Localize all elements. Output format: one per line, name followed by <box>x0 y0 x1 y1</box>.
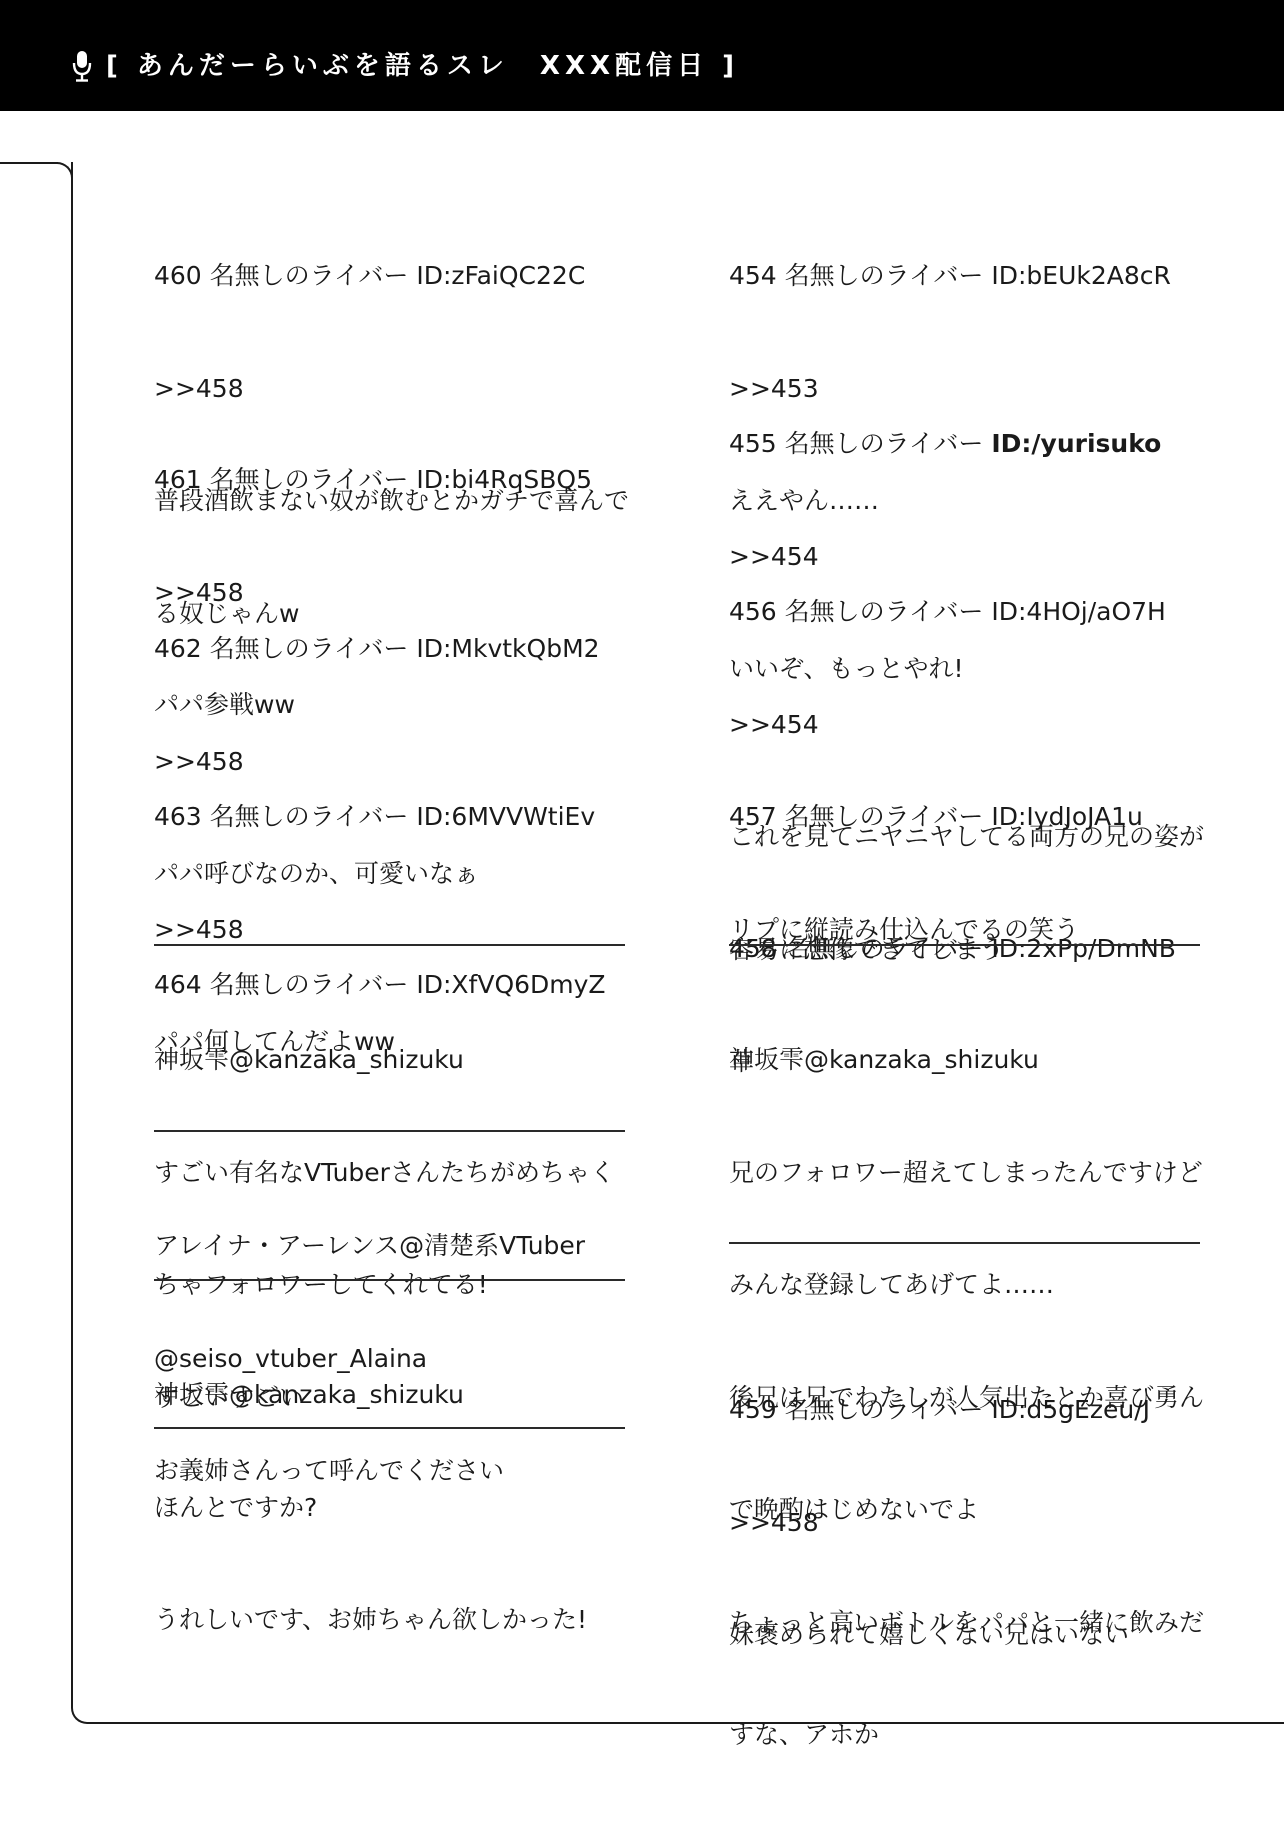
post-header: 460 名無しのライバー ID:zFaiQC22C <box>154 257 629 295</box>
tweet-body-line: うれしいです、お姉ちゃん欲しかった! <box>154 1601 587 1639</box>
tweet-divider <box>154 1130 625 1132</box>
post-header: 462 名無しのライバー ID:MkvtkQbM2 <box>154 630 600 668</box>
post-body-line: 妹褒められて嬉しくない兄はいない <box>729 1616 1150 1654</box>
tweet-kanzaka-2: 神坂雫@kanzaka_shizuku ほんとですか? うれしいです、お姉ちゃん… <box>154 1301 587 1676</box>
post-header: 457 名無しのライバー ID:IydJoJA1u <box>729 798 1143 836</box>
tweet-divider <box>154 1279 625 1281</box>
post-459: 459 名無しのライバー ID:d5gEzeu/J >>458 妹褒められて嬉し… <box>729 1316 1150 1691</box>
tweet-body-line: ほんとですか? <box>154 1489 587 1527</box>
post-header: 458 名無しのライバー ID:2xPp/DmNB <box>729 930 1176 968</box>
tweet-author: 神坂雫@kanzaka_shizuku <box>154 1041 615 1079</box>
post-header: 461 名無しのライバー ID:bi4RqSBQ5 <box>154 461 592 499</box>
post-header-prefix: 455 名無しのライバー <box>729 429 991 458</box>
tweet-author: 神坂雫@kanzaka_shizuku <box>154 1376 587 1414</box>
tweet-body-line: みんな登録してあげてよ…… <box>729 1266 1204 1304</box>
reply-anchor[interactable]: >>458 <box>729 1504 1150 1542</box>
post-header: 455 名無しのライバー ID:/yurisuko <box>729 425 1161 463</box>
post-header: 463 名無しのライバー ID:6MVVWtiEv <box>154 798 595 836</box>
tweet-author: 神坂雫@kanzaka_shizuku <box>729 1041 1204 1079</box>
tweet-author: アレイナ・アーレンス@清楚系VTuber <box>154 1227 585 1265</box>
tweet-divider <box>154 1427 625 1429</box>
post-header: 454 名無しのライバー ID:bEUk2A8cR <box>729 257 1171 295</box>
thread-title: [ あんだーらいぶを語るスレ XXX配信日 ] <box>106 46 739 86</box>
tweet-divider <box>154 944 625 946</box>
thread-header-bar: [ あんだーらいぶを語るスレ XXX配信日 ] <box>0 0 1284 111</box>
microphone-icon <box>72 50 92 82</box>
post-header: 459 名無しのライバー ID:d5gEzeu/J <box>729 1391 1150 1429</box>
tweet-body-line: すな、アホか <box>729 1716 1204 1754</box>
post-header: 456 名無しのライバー ID:4HOj/aO7H <box>729 593 1204 631</box>
panel-border-top <box>0 162 58 164</box>
tweet-body-line: 兄のフォロワー超えてしまったんですけど <box>729 1154 1204 1192</box>
tweet-divider <box>729 1242 1200 1244</box>
post-id-bold: ID:/yurisuko <box>991 429 1161 458</box>
tweet-divider <box>729 944 1200 946</box>
